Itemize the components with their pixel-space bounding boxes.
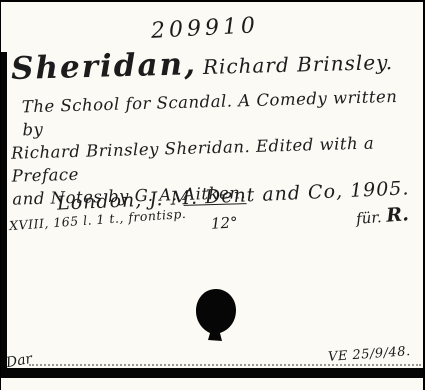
catalog-card-scan: 209910 Sheridan,Richard Brinsley. The Sc… [0,0,425,390]
scan-bottom-band [1,368,425,378]
author-surname: Sheridan, [11,46,198,87]
binding-mark: R. [386,203,410,227]
binding-note: für. R. [356,203,410,229]
accession-number: 209910 [150,13,259,44]
author-heading: Sheridan,Richard Brinsley. [11,41,394,87]
ink-blot-shape [193,287,239,343]
binding-note-text: für. [356,208,387,228]
ink-blot [193,287,239,347]
date-annotation: VE 25/9/48. [328,344,412,365]
dotted-rule [29,364,421,366]
author-forenames: Richard Brinsley. [203,50,394,79]
format-size: 12° [211,213,238,232]
scan-left-band [1,52,7,374]
